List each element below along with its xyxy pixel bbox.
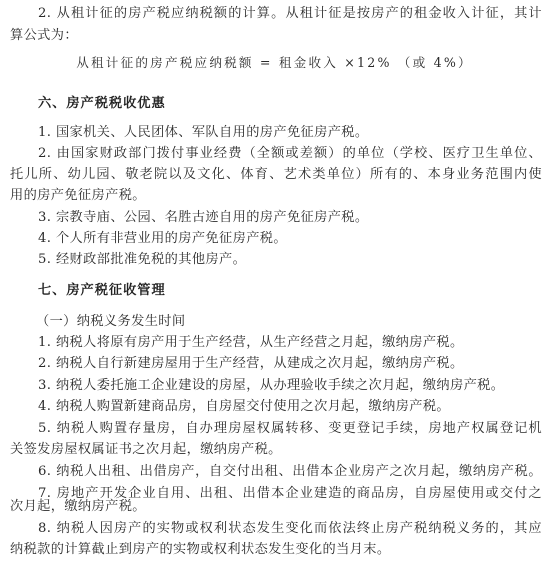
list-item: 5. 经财政部批准免税的其他房产。 (38, 249, 542, 270)
list-item: 3. 宗教寺庙、公园、名胜古迹自用的房产免征房产税。 (38, 207, 542, 228)
subsection-heading: （一）纳税义务发生时间 (36, 311, 540, 332)
list-item: 8. 纳税人因房产的实物或权利状态发生变化而依法终止房产税纳税义务的，其应 (38, 518, 542, 539)
paragraph-line: 算公式为： (10, 25, 542, 46)
section-heading-tax-administration: 七、房产税征收管理 (38, 280, 542, 301)
list-item-continuation: 用的房产免征房产税。 (10, 185, 542, 206)
list-item: 1. 国家机关、人民团体、军队自用的房产免征房产税。 (38, 122, 542, 143)
list-item: 5. 纳税人购置存量房，自办理房屋权属转移、变更登记手续，房地产权属登记机 (38, 418, 542, 439)
list-item: 3. 纳税人委托施工企业建设的房屋，从办理验收手续之次月起，缴纳房产税。 (38, 375, 542, 396)
list-item: 4. 纳税人购置新建商品房，自房屋交付使用之次月起，缴纳房产税。 (38, 396, 542, 417)
list-item-continuation: 纳税款的计算截止到房产的实物或权利状态发生变化的当月末。 (10, 539, 542, 560)
list-item-continuation: 托儿所、幼儿园、敬老院以及文化、体育、艺术类单位）所有的、本身业务范围内使 (10, 164, 542, 185)
list-item: 1. 纳税人将原有房产用于生产经营，从生产经营之月起，缴纳房产税。 (38, 332, 542, 353)
list-item: 4. 个人所有非营业用的房产免征房产税。 (38, 228, 542, 249)
section-heading-tax-incentives: 六、房产税税收优惠 (38, 93, 542, 114)
tax-formula: 从租计征的房产税应纳税额 = 租金收入 ×12% （或 4%） (0, 52, 549, 73)
list-item: 2. 纳税人自行新建房屋用于生产经营，从建成之次月起，缴纳房产税。 (38, 353, 542, 374)
list-item: 2. 由国家财政部门拨付事业经费（全额或差额）的单位（学校、医疗卫生单位、 (38, 143, 542, 164)
paragraph-line: 2. 从租计征的房产税应纳税额的计算。从租计征是按房产的租金收入计征，其计 (38, 3, 542, 24)
list-item-continuation: 次月起，缴纳房产税。 (10, 496, 542, 517)
list-item-continuation: 关签发房屋权属证书之次月起，缴纳房产税。 (10, 439, 542, 460)
list-item: 6. 纳税人出租、出借房产，自交付出租、出借本企业房产之次月起，缴纳房产税。 (38, 461, 542, 482)
